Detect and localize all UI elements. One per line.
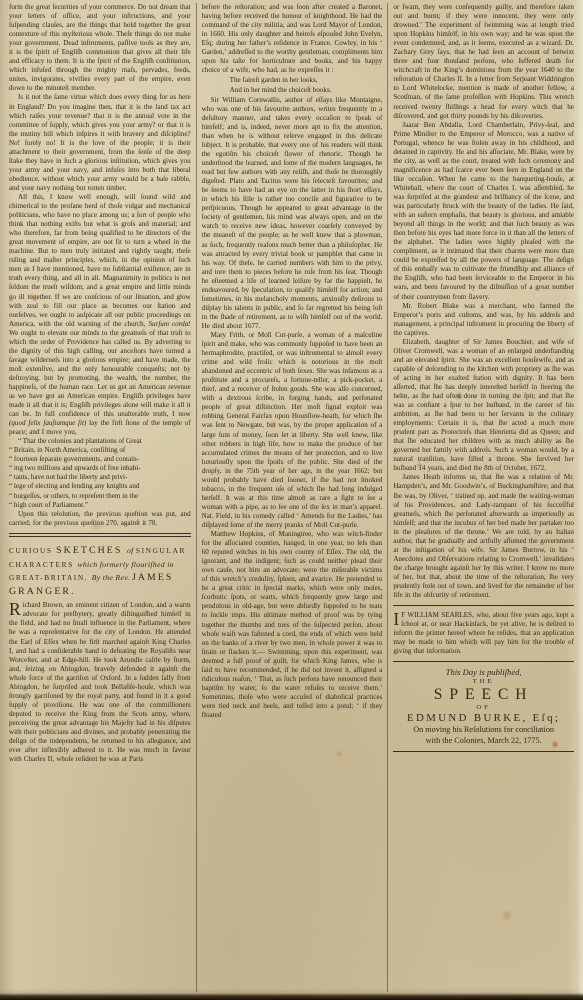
column-right: or ſwam, they were conſequently guilty, … — [387, 3, 579, 992]
advert-line: This Day is publiſhed, — [393, 667, 574, 678]
paragraph: before the reſtoration; and was ſoon aft… — [202, 3, 383, 75]
advert-line: EDMUND BURKE, Eſq; — [393, 712, 574, 725]
horizontal-rule — [393, 661, 574, 662]
paragraph: James Heath informs us, that ſhe was a r… — [393, 473, 574, 600]
paragraph: Matthew Hopkins, of Maningtree, who was … — [202, 530, 383, 720]
paragraph: All this, I know well enough, will ſound… — [9, 193, 191, 437]
newspaper-page: form the great ſecurities of your commer… — [0, 0, 583, 1000]
paragraph: Is it not the ſame virtue which does eve… — [9, 93, 191, 193]
advert-line: with the Colonies, March 22, 1775. — [393, 736, 574, 747]
quoted-line: “ high court of Parliament.” — [9, 501, 191, 510]
text-segment: Surſum corda! — [148, 320, 190, 328]
column-left: form the great ſecurities of your commer… — [4, 3, 196, 992]
horizontal-rule — [393, 605, 574, 606]
text-segment: We ought to elevate our minds to the gre… — [9, 329, 191, 418]
columns: form the great ſecurities of your commer… — [0, 0, 583, 1000]
heading-segment: which formerly flouriſhed in — [77, 560, 174, 569]
advert-line: On moving his Reſolutions for conciliati… — [393, 725, 574, 736]
advert-line: SPEECH — [393, 686, 574, 704]
drop-cap: I — [393, 611, 401, 628]
paragraph: Mary Frith, or Moll Cut-purſe, a woman o… — [202, 331, 383, 530]
heading-segment: GREAT-BRITAIN. — [9, 573, 92, 582]
verse: The faireſt garden in her looks,And in h… — [202, 76, 383, 94]
heading-segment: By the Rev. — [92, 573, 132, 582]
quoted-resolution: “ That the colonies and plantations of G… — [9, 437, 191, 509]
drop-cap: R — [9, 601, 23, 618]
paragraph: Elizabeth, daughter of Sir James Bouchie… — [393, 338, 574, 474]
text-segment: (quod felix fauſtumque ſit) — [9, 419, 86, 427]
page-bottom-edge — [0, 993, 583, 1000]
advert-line: OF — [393, 704, 574, 712]
paragraph: Mr. Robert Blake was a merchant, who far… — [393, 302, 574, 338]
paragraph: Upon this reſolution, the previous queſt… — [9, 510, 191, 528]
quoted-line: “ fourteen ſeparate governments, and con… — [9, 455, 191, 464]
quoted-line: “ tants, have not had the liberty and pr… — [9, 473, 191, 482]
paragraph: form the great ſecurities of your commer… — [9, 3, 191, 93]
advertisement: This Day is publiſhed,THESPEECHOFEDMUND … — [393, 667, 574, 746]
advert-line: THE — [393, 678, 574, 686]
quoted-line: “ Britain, in North America, conſiſting … — [9, 446, 191, 455]
verse-line: And in her mind the choiceſt books. — [230, 86, 383, 95]
text-segment: All this, I know well enough, will ſound… — [9, 193, 191, 328]
heading-segment: SKETCHES — [56, 545, 127, 556]
heading-segment: CURIOUS — [9, 546, 56, 555]
quoted-line: “ ing two millions and upwards of free i… — [9, 464, 191, 473]
column-middle: before the reſtoration; and was ſoon aft… — [196, 3, 388, 992]
paragraph: Jaarar Ben Abdalla, Lord Chamberlain, Pr… — [393, 121, 574, 302]
paragraph-dropcap: Richard Brown, an eminent citizen of Lon… — [9, 601, 191, 764]
quoted-line: “ lege of electing and ſending any knigh… — [9, 482, 191, 491]
quoted-line: “ That the colonies and plantations of G… — [9, 437, 191, 446]
paragraph-dropcap: IF WILLIAM SEARLES, who, about five year… — [393, 611, 574, 656]
verse-line: The faireſt garden in her looks, — [230, 76, 383, 85]
paragraph: or ſwam, they were conſequently guilty, … — [393, 3, 574, 121]
quoted-line: “ burgeſſes, or others, to repreſent the… — [9, 492, 191, 501]
horizontal-rule — [9, 533, 191, 538]
section-heading: CURIOUS SKETCHES of SINGULAR CHARACTERS … — [9, 543, 191, 597]
heading-segment: of — [127, 546, 136, 555]
paragraph: Sir William Cornwallis, author of eſſays… — [202, 96, 383, 331]
horizontal-rule — [393, 751, 574, 752]
